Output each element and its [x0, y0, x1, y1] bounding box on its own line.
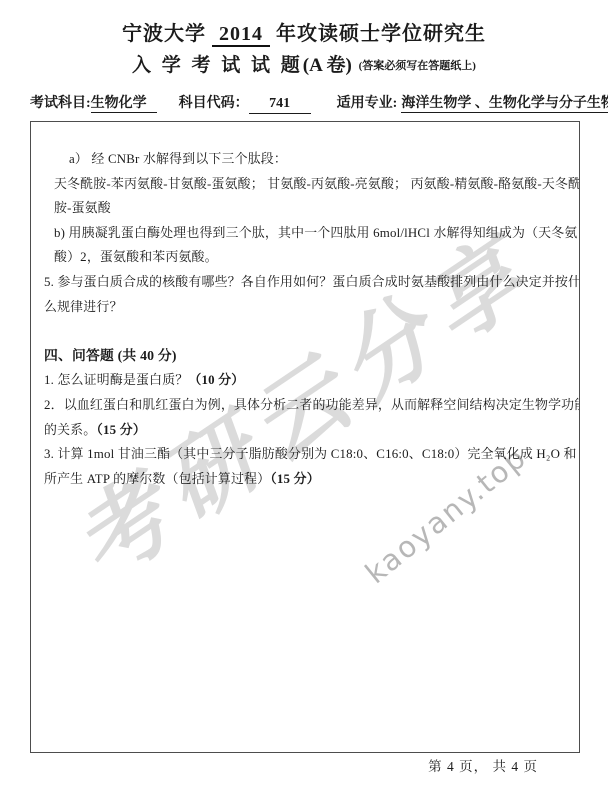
text-segment: 2．以血红蛋白和肌红蛋白为例，具体分析二者的功能差异，从而解释空间结构决定生物学…	[44, 398, 580, 412]
exam-meta-line: 考试科目:生物化学科目代码：741适用专业:海洋生物学 、生物化学与分子生物学	[30, 92, 580, 114]
question-text-line: 四、问答题 (共 40 分)	[44, 344, 569, 369]
text-segment: 3. 计算 1mol 甘油三酯（其中三分子脂肪酸分别为 C18:0、C16:0、…	[44, 447, 580, 461]
major-value: 海洋生物学 、生物化学与分子生物学	[401, 96, 608, 113]
question-text-line: 的关系。（15 分）	[44, 418, 569, 443]
question-box: a） 经 CNBr 水解得到以下三个肽段：天冬酰胺-苯丙氨酸-甘氨酸-蛋氨酸； …	[30, 121, 580, 753]
university-title: 宁波大学 2014 年攻读硕士学位研究生	[0, 17, 608, 46]
text-segment: b) 用胰凝乳蛋白酶处理也得到三个肽，其中一个四肽用 6mol/lHCl 水解得…	[54, 226, 577, 240]
subject-label: 考试科目:	[30, 96, 91, 111]
score-or-heading-segment: （15 分）	[270, 472, 320, 486]
text-segment: 胺-蛋氨酸	[54, 201, 111, 215]
score-or-heading-segment: （10 分）	[188, 373, 244, 387]
question-text-line: 天冬酰胺-苯丙氨酸-甘氨酸-蛋氨酸； 甘氨酸-丙氨酸-亮氨酸； 丙氨酸-精氨酸-…	[44, 172, 569, 197]
blank-line	[44, 319, 569, 344]
score-or-heading-segment: （15 分）	[96, 423, 146, 437]
text-segment: a） 经 CNBr 水解得到以下三个肽段：	[69, 152, 287, 166]
question-text-line: b) 用胰凝乳蛋白酶处理也得到三个肽，其中一个四肽用 6mol/lHCl 水解得…	[44, 221, 569, 246]
text-segment: 5. 参与蛋白质合成的核酸有哪些？各自作用如何？蛋白质合成时氨基酸排列由什么决定…	[44, 275, 580, 289]
paper-version: (A 卷)	[303, 55, 352, 76]
code-value: 741	[249, 96, 311, 114]
subject-value: 生物化学	[91, 96, 157, 113]
question-text-line: 3. 计算 1mol 甘油三酯（其中三分子脂肪酸分别为 C18:0、C16:0、…	[44, 442, 569, 467]
exam-subtitle-main: 入 学 考 试 试 题	[132, 55, 303, 76]
question-text-line: 5. 参与蛋白质合成的核酸有哪些？各自作用如何？蛋白质合成时氨基酸排列由什么决定…	[44, 270, 569, 295]
question-text-line: a） 经 CNBr 水解得到以下三个肽段：	[44, 147, 569, 172]
text-segment: 天冬酰胺-苯丙氨酸-甘氨酸-蛋氨酸； 甘氨酸-丙氨酸-亮氨酸； 丙氨酸-精氨酸-…	[54, 177, 580, 191]
question-text-line: 1. 怎么证明酶是蛋白质？（10 分）	[44, 368, 569, 393]
title-suffix: 年攻读硕士学位研究生	[276, 23, 486, 45]
text-segment: 所产生 ATP 的摩尔数（包括计算过程）	[44, 472, 270, 486]
question-text-line: 2．以血红蛋白和肌红蛋白为例，具体分析二者的功能差异，从而解释空间结构决定生物学…	[44, 393, 569, 418]
code-label: 科目代码：	[179, 96, 249, 111]
score-or-heading-segment: 四、问答题 (共 40 分)	[44, 348, 177, 363]
exam-subtitle: 入 学 考 试 试 题(A 卷) (答案必须写在答题纸上)	[0, 50, 608, 77]
page-number-footer: 第 4 页， 共 4 页	[428, 755, 538, 775]
question-lines: a） 经 CNBr 水解得到以下三个肽段：天冬酰胺-苯丙氨酸-甘氨酸-蛋氨酸； …	[44, 147, 569, 491]
major-label: 适用专业:	[337, 96, 398, 111]
question-text-line: 么规律进行？	[44, 295, 569, 320]
text-segment: 酸）2，蛋氨酸和苯丙氨酸。	[54, 250, 218, 264]
text-segment: 的关系。	[44, 423, 96, 437]
text-segment: 1. 怎么证明酶是蛋白质？	[44, 373, 188, 387]
text-segment: 么规律进行？	[44, 300, 123, 314]
question-text-line: 胺-蛋氨酸	[44, 196, 569, 221]
question-text-line: 所产生 ATP 的摩尔数（包括计算过程）（15 分）	[44, 467, 569, 492]
answer-sheet-note: (答案必须写在答题纸上)	[359, 60, 476, 72]
exam-paper-page: 宁波大学 2014 年攻读硕士学位研究生 入 学 考 试 试 题(A 卷) (答…	[0, 0, 608, 797]
exam-year: 2014	[212, 23, 270, 47]
question-text-line: 酸）2，蛋氨酸和苯丙氨酸。	[44, 245, 569, 270]
university-name: 宁波大学	[122, 23, 206, 45]
